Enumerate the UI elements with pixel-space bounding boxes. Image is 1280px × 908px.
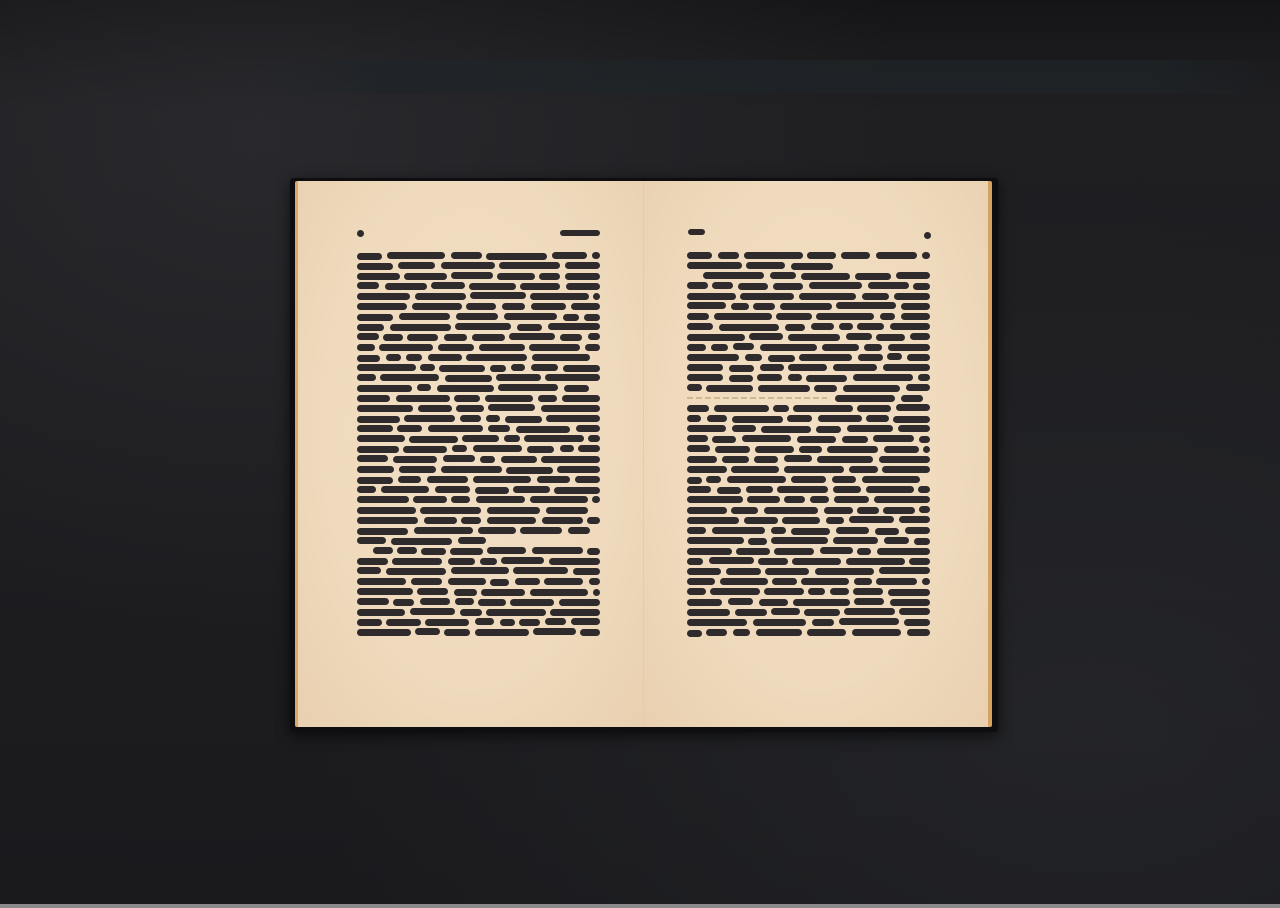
redaction-bar [531, 303, 566, 310]
redacted-line [357, 333, 600, 343]
redaction-bar [687, 425, 726, 432]
redaction-bar [744, 517, 778, 524]
redaction-bar [357, 282, 379, 289]
redacted-line [357, 424, 600, 434]
redaction-bar [687, 486, 711, 493]
redaction-bar [529, 344, 580, 351]
redaction-bar [531, 364, 558, 371]
redaction-bar [736, 548, 770, 555]
redaction-bar [357, 455, 388, 462]
redaction-bar [545, 374, 600, 381]
redaction-bar [357, 333, 379, 340]
redacted-line [357, 271, 600, 281]
redaction-bar [687, 456, 717, 463]
redaction-bar [784, 466, 844, 473]
redaction-bar [420, 598, 450, 605]
redaction-bar [380, 374, 439, 381]
redaction-bar [842, 436, 868, 443]
redaction-bar [852, 629, 901, 636]
redaction-bar [564, 385, 589, 392]
redaction-bar [729, 365, 754, 372]
redaction-bar [855, 273, 891, 280]
redacted-line [357, 587, 600, 597]
redaction-bar [481, 589, 525, 596]
redaction-bar [451, 496, 470, 503]
redaction-bar [444, 334, 467, 341]
redacted-line [687, 261, 930, 271]
redaction-bar [573, 568, 600, 575]
redacted-line [687, 465, 930, 475]
redaction-bar [580, 629, 600, 636]
redaction-bar [548, 323, 600, 330]
redaction-bar [833, 364, 877, 371]
redacted-line [687, 445, 930, 455]
redaction-bar [793, 405, 853, 412]
redacted-line [687, 485, 930, 495]
redaction-bar [410, 608, 455, 615]
redaction-bar [509, 333, 555, 340]
redaction-bar [469, 283, 516, 290]
redaction-bar [448, 578, 486, 585]
redacted-line [357, 526, 600, 536]
redaction-bar [445, 375, 492, 382]
redaction-bar [834, 496, 869, 503]
redaction-bar [524, 435, 584, 442]
redacted-line [687, 383, 930, 393]
redacted-line [357, 251, 600, 261]
redaction-bar [448, 558, 475, 565]
redaction-bar [888, 344, 930, 351]
left-page [298, 181, 644, 727]
redaction-bar [712, 527, 765, 534]
redaction-bar [588, 333, 600, 340]
redaction-bar [565, 273, 600, 280]
redaction-bar [833, 486, 861, 493]
redaction-bar [873, 435, 914, 442]
redaction-bar [773, 405, 789, 412]
redacted-line [357, 353, 600, 363]
redaction-bar [537, 476, 570, 483]
redaction-bar [706, 629, 727, 636]
redaction-bar [818, 415, 862, 422]
right-page [644, 181, 988, 727]
redaction-bar [542, 517, 583, 524]
redaction-bar [735, 609, 767, 616]
redaction-bar [456, 313, 498, 320]
redaction-bar [890, 599, 930, 606]
redaction-bar [719, 324, 779, 331]
redaction-bar [799, 293, 856, 300]
redaction-bar [502, 303, 525, 310]
redaction-bar [906, 384, 930, 391]
redaction-bar [777, 486, 828, 493]
redaction-bar [729, 375, 753, 382]
redaction-bar [913, 283, 930, 290]
redaction-bar [922, 252, 930, 259]
redaction-bar [857, 548, 871, 555]
redacted-line [357, 567, 600, 577]
redaction-bar [738, 283, 768, 290]
redaction-bar [470, 292, 526, 299]
redaction-bar [472, 334, 505, 341]
redaction-bar [728, 598, 753, 605]
redaction-bar [817, 456, 873, 463]
redaction-bar [585, 344, 600, 351]
redaction-bar [884, 537, 909, 544]
redacted-line [357, 506, 600, 516]
redaction-bar [513, 486, 550, 493]
redaction-bar [439, 365, 485, 372]
redaction-bar [530, 293, 589, 300]
redaction-bar [804, 609, 840, 616]
redaction-bar [847, 425, 893, 432]
redacted-line [357, 608, 600, 618]
redaction-bar [754, 456, 778, 463]
redaction-bar [575, 476, 600, 483]
redaction-bar [718, 252, 739, 259]
redaction-bar [462, 435, 499, 442]
redaction-bar [357, 405, 413, 412]
redaction-bar [687, 364, 723, 371]
redaction-bar [910, 333, 930, 340]
redaction-bar [887, 353, 902, 360]
redaction-bar [412, 303, 462, 310]
redaction-bar [687, 609, 730, 616]
redaction-bar [415, 628, 440, 635]
redaction-bar [456, 405, 484, 412]
redaction-bar [487, 517, 536, 524]
redaction-bar [844, 608, 895, 615]
redaction-bar [808, 588, 825, 595]
redaction-bar [687, 558, 703, 565]
redaction-bar [732, 416, 783, 423]
redacted-line [687, 608, 930, 618]
redaction-bar [761, 426, 811, 433]
redaction-bar [907, 629, 930, 636]
redaction-bar [784, 496, 805, 503]
redaction-bar [733, 629, 750, 636]
redaction-bar [894, 293, 930, 300]
redaction-bar [731, 303, 749, 310]
redaction-bar [357, 385, 412, 392]
redaction-bar [357, 374, 376, 381]
redaction-bar [687, 435, 708, 442]
redaction-bar [357, 486, 376, 493]
redaction-bar [703, 272, 764, 279]
redaction-bar [539, 273, 560, 280]
redaction-bar [510, 599, 554, 606]
redaction-bar [409, 436, 458, 443]
redaction-bar [687, 445, 710, 452]
redaction-bar [441, 262, 495, 269]
redaction-bar [901, 395, 923, 402]
redaction-bar [880, 313, 895, 320]
redaction-bar [776, 313, 812, 320]
redaction-bar [552, 252, 587, 259]
redaction-bar [905, 527, 930, 534]
redaction-bar [809, 282, 862, 289]
redaction-bar [499, 262, 560, 269]
redaction-bar [843, 385, 900, 392]
redaction-bar [357, 466, 394, 473]
redaction-bar [771, 527, 786, 534]
redaction-bar [516, 426, 570, 433]
redacted-line [687, 251, 930, 261]
redaction-bar [753, 303, 775, 310]
redaction-bar [788, 374, 802, 381]
redaction-bar [479, 344, 525, 351]
redaction-bar [717, 487, 741, 494]
redaction-bar [417, 384, 431, 391]
redaction-bar [868, 282, 909, 289]
redaction-bar [478, 599, 506, 606]
redaction-bar [496, 374, 541, 381]
redaction-bar [791, 476, 826, 483]
redaction-bar [756, 629, 802, 636]
redaction-bar [461, 517, 481, 524]
redaction-bar [357, 609, 405, 616]
redaction-bar [774, 548, 814, 555]
redaction-bar [830, 588, 849, 595]
redacted-line [687, 536, 930, 546]
redaction-bar [427, 476, 468, 483]
redaction-bar [806, 375, 847, 382]
redaction-bar [571, 618, 600, 625]
redaction-bar [722, 456, 749, 463]
redaction-bar [541, 405, 600, 412]
redaction-bar [876, 252, 917, 259]
redacted-line [357, 597, 600, 607]
redaction-bar [765, 568, 809, 575]
redaction-bar [687, 252, 712, 259]
redaction-bar [520, 527, 562, 534]
redaction-bar [782, 517, 820, 524]
redaction-bar [787, 415, 812, 422]
right-page-running-head-redacted [688, 229, 705, 235]
redaction-bar [862, 476, 920, 483]
redaction-bar [396, 395, 450, 402]
redaction-bar [884, 446, 919, 453]
redaction-bar [557, 466, 600, 473]
redaction-bar [687, 302, 726, 309]
redaction-bar [386, 568, 446, 575]
redaction-bar [473, 445, 522, 452]
redaction-bar [733, 343, 754, 350]
redaction-bar [901, 313, 930, 320]
redaction-bar [424, 517, 457, 524]
redaction-bar [487, 507, 540, 514]
redaction-bar [788, 364, 827, 371]
redacted-line [687, 496, 930, 506]
redacted-line [687, 333, 930, 343]
redaction-bar [687, 334, 745, 341]
redaction-bar [707, 415, 727, 422]
redaction-bar [387, 252, 445, 259]
redacted-line [357, 618, 600, 628]
redaction-bar [480, 558, 497, 565]
redaction-bar [383, 334, 403, 341]
redaction-bar [357, 446, 399, 453]
redaction-bar [890, 323, 930, 330]
redaction-bar [435, 486, 470, 493]
redaction-bar [757, 374, 782, 381]
redaction-bar [414, 527, 473, 534]
redaction-bar [428, 425, 483, 432]
redaction-bar [357, 578, 406, 585]
redaction-bar [391, 538, 452, 545]
redaction-bar [357, 619, 382, 626]
redaction-bar [560, 334, 582, 341]
redaction-bar [373, 547, 393, 554]
redaction-bar [816, 313, 874, 320]
redacted-line [687, 506, 930, 516]
redaction-bar [357, 558, 388, 565]
redacted-line [687, 546, 930, 556]
redacted-line [687, 322, 930, 332]
redaction-bar [357, 303, 407, 310]
redaction-bar [874, 496, 930, 503]
redaction-bar [454, 395, 480, 402]
redaction-bar [357, 537, 386, 544]
redaction-bar [866, 486, 914, 493]
redaction-bar [381, 486, 429, 493]
redacted-line [687, 394, 930, 404]
redacted-line [357, 414, 600, 424]
redaction-bar [876, 578, 917, 585]
redaction-bar [454, 589, 477, 596]
redaction-bar [563, 365, 600, 372]
right-page-redacted-text [687, 251, 930, 638]
left-page-running-head-redacted [560, 230, 600, 236]
redaction-bar [452, 445, 467, 452]
redaction-bar [768, 355, 795, 362]
redacted-line [687, 516, 930, 526]
redaction-bar [760, 344, 817, 351]
redacted-line [687, 424, 930, 434]
redaction-bar [714, 405, 769, 412]
redacted-line [357, 475, 600, 485]
redaction-bar [513, 567, 568, 574]
redaction-bar [883, 507, 915, 514]
redacted-line [687, 343, 930, 353]
redaction-bar [413, 496, 447, 503]
redaction-bar [490, 579, 509, 586]
redacted-line [357, 546, 600, 556]
redaction-bar [907, 354, 930, 361]
redaction-bar [475, 618, 494, 625]
redaction-bar [791, 263, 833, 270]
redaction-bar [749, 333, 783, 340]
redaction-bar [466, 354, 527, 361]
redaction-bar [732, 425, 756, 432]
redaction-bar [772, 578, 797, 585]
redaction-bar [896, 404, 930, 411]
redaction-bar [854, 578, 872, 585]
redaction-bar [812, 619, 834, 626]
redaction-bar [687, 405, 709, 412]
redacted-line [687, 557, 930, 567]
redaction-bar [687, 384, 702, 391]
redacted-line [687, 577, 930, 587]
redaction-bar [357, 425, 393, 432]
redaction-bar [687, 619, 747, 626]
redaction-bar [709, 557, 754, 564]
redacted-line [687, 526, 930, 536]
right-page-folio-dot [924, 232, 931, 239]
redaction-bar [417, 588, 448, 595]
redaction-bar [901, 303, 930, 310]
redaction-bar [428, 354, 462, 361]
redaction-bar [425, 619, 469, 626]
redaction-bar [504, 435, 520, 442]
redaction-bar [836, 302, 896, 309]
redaction-bar [857, 323, 884, 330]
redacted-line [687, 567, 930, 577]
redaction-bar [811, 323, 834, 330]
redaction-bar [857, 507, 879, 514]
redaction-bar [883, 364, 930, 371]
redaction-bar [815, 568, 874, 575]
redaction-bar [437, 385, 494, 392]
redaction-bar [385, 283, 427, 290]
redacted-line [687, 363, 930, 373]
redaction-bar [824, 507, 853, 514]
redaction-bar [438, 344, 474, 351]
redaction-bar [687, 282, 708, 289]
redaction-bar [486, 253, 547, 260]
redaction-bar [715, 446, 750, 453]
redaction-bar [441, 466, 502, 473]
redaction-bar [565, 262, 600, 269]
redaction-bar [858, 354, 883, 361]
redaction-bar [546, 507, 588, 514]
redaction-bar [357, 355, 380, 362]
redaction-bar [578, 445, 600, 452]
redaction-bar [820, 547, 853, 554]
redacted-line [357, 516, 600, 526]
redaction-bar [893, 416, 930, 423]
redaction-bar [687, 507, 727, 514]
redaction-bar [833, 537, 878, 544]
redaction-bar [687, 548, 732, 555]
redaction-bar [771, 537, 828, 544]
redaction-bar [687, 313, 709, 320]
redaction-bar [919, 506, 930, 513]
redaction-bar [357, 528, 408, 535]
redaction-bar [827, 446, 878, 453]
redaction-bar [593, 293, 600, 300]
redaction-bar [836, 527, 869, 534]
redaction-bar [486, 609, 546, 616]
redacted-line [687, 587, 930, 597]
redaction-bar [357, 263, 393, 270]
redacted-line [357, 434, 600, 444]
redaction-bar [909, 558, 930, 565]
redaction-bar [839, 323, 853, 330]
redaction-bar [560, 445, 574, 452]
redaction-bar [857, 405, 891, 412]
redaction-bar [799, 446, 822, 453]
redacted-line [357, 455, 600, 465]
redaction-bar [687, 527, 706, 534]
redaction-bar [919, 436, 930, 443]
redaction-bar [506, 467, 553, 474]
redaction-bar [801, 273, 850, 280]
redaction-bar [846, 558, 905, 565]
redaction-bar [807, 629, 846, 636]
redaction-bar [554, 487, 600, 494]
redacted-line [687, 628, 930, 638]
